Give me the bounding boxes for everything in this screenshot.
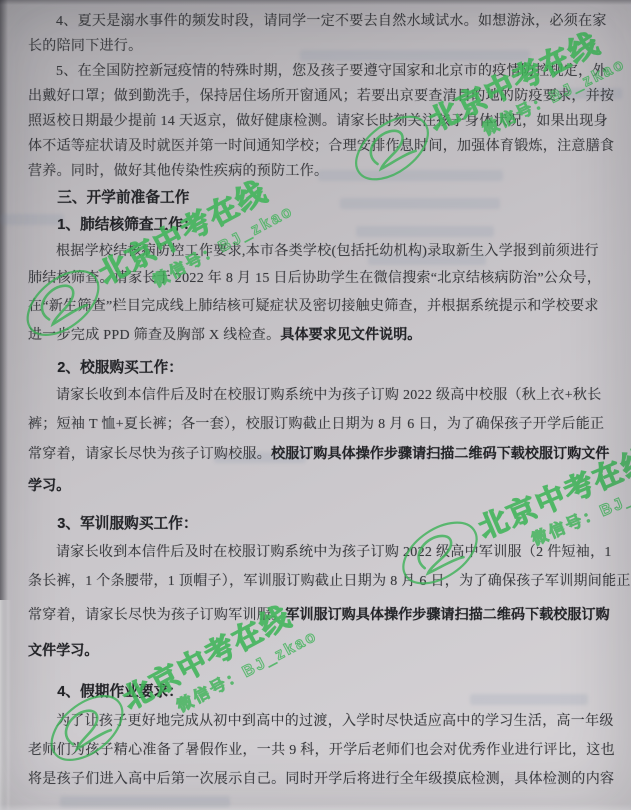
text-segment: 在“新生筛查”栏目完成线上肺结核可疑症状及密切接触史筛查，并根据系统提示和学校要… [28, 299, 599, 314]
text-segment: 老师们为孩子精心准备了暑假作业，一共 9 科，开学后老师们也会对优秀作业进行评比… [28, 743, 615, 758]
text-segment: 请家长收到本信件后及时在校服订购系统中为孩子订购 2022 级高中军训服（2 件… [56, 545, 612, 560]
paper-edge-shadow-top [0, 0, 631, 5]
text-line: 进一步完成 PPD 筛查及胸部 X 线检查。具体要求见文件说明。 [28, 324, 614, 346]
text-line: 照返校日期最少提前 14 天返京，做好健康检测。请家长时刻关注孩子身体状况，如果… [28, 110, 614, 132]
bold-text-segment: 1、肺结核筛查工作： [57, 217, 197, 233]
bold-text-segment: 校服订购具体操作步骤请扫描二维码下载校服订购文件 [271, 445, 609, 461]
text-segment: 出戴好口罩；做到勤洗手，保持居住场所开窗通风；若要出京要查清目的地的防疫要求，并… [28, 89, 614, 104]
bold-text-segment: 具体要求见文件说明。 [280, 326, 421, 342]
text-line: 长的陪同下进行。 [28, 35, 614, 57]
text-line: 常穿着，请家长尽快为孩子订购军训服。军训服订购具体操作步骤请扫描二维码下载校服订… [28, 604, 614, 626]
text-line: 文件学习。 [28, 640, 614, 662]
bold-text-segment: 4、假期作业要求： [57, 684, 183, 700]
text-line: 请家长收到本信件后及时在校服订购系统中为孩子订购 2022 级高中军训服（2 件… [28, 541, 614, 563]
text-segment: 长的陪同下进行。 [28, 39, 142, 54]
text-line: 老师们为孩子精心准备了暑假作业，一共 9 科，开学后老师们也会对优秀作业进行评比… [28, 739, 614, 761]
scanned-notice-photo: 4、夏天是溺水事件的频发时段，请同学一定不要去自然水域试水。如想游泳，必须在家长… [0, 0, 631, 810]
text-line: 在“新生筛查”栏目完成线上肺结核可疑症状及密切接触史筛查，并根据系统提示和学校要… [28, 295, 614, 317]
bold-text-segment: 学习。 [28, 477, 70, 493]
text-segment: 进一步完成 PPD 筛查及胸部 X 线检查。 [28, 328, 280, 343]
text-line: 5、在全国防控新冠疫情的特殊时期，您及孩子要遵守国家和北京市的疫情防控规定，外 [28, 60, 614, 82]
text-line: 请家长收到本信件后及时在校服订购系统中为孩子订购 2022 级高中校服（秋上衣+… [28, 384, 614, 406]
text-line: 体不适等症状请及时就医并第一时间通知学校；合理安排作息时间，加强体育锻炼，注意膳… [28, 135, 614, 157]
bold-text-segment: 文件学习。 [28, 642, 99, 658]
text-segment: 5、在全国防控新冠疫情的特殊时期，您及孩子要遵守国家和北京市的疫情防控规定，外 [56, 64, 607, 79]
heading-line: 4、假期作业要求： [28, 680, 614, 702]
text-segment: 照返校日期最少提前 14 天返京，做好健康检测。请家长时刻关注孩子身体状况，如果… [28, 114, 608, 129]
heading-line: 3、军训服购买工作： [28, 512, 614, 534]
text-line: 营养。同时，做好其他传染性疾病的预防工作。 [28, 160, 614, 182]
text-segment: 常穿着，请家长尽快为孩子订购校服。 [28, 447, 271, 462]
text-segment: 常穿着，请家长尽快为孩子订购军训服。 [28, 608, 285, 623]
text-line: 根据学校结核病防控工作要求,本市各类学校(包括托幼机构)录取新生入学报到前须进行 [28, 240, 614, 262]
heading-line: 1、肺结核筛查工作： [28, 213, 614, 235]
bold-text-segment: 军训服订购具体操作步骤请扫描二维码下载校服订购 [285, 606, 609, 622]
watermark-wechat-text: 微信号：BJ_zkao [172, 623, 321, 717]
text-line: 裤；短袖 T 恤+夏长裤；各一套），校服订购截止日期为 8 月 6 日，为了确保… [28, 413, 614, 435]
text-segment: 为了让孩子更好地完成从初中到高中的过渡，入学时尽快适应高中的学习生活，高一年级 [56, 714, 614, 729]
text-segment: 请家长收到本信件后及时在校服订购系统中为孩子订购 2022 级高中校服（秋上衣+… [56, 388, 602, 403]
text-line: 出戴好口罩；做到勤洗手，保持居住场所开窗通风；若要出京要查清目的地的防疫要求，并… [28, 85, 614, 107]
text-segment: 条长裤，1 个条腰带，1 顶帽子），军训服订购截止日期为 8 月 6 日，为了确… [28, 574, 631, 589]
text-line: 肺结核筛查。请家长于 2022 年 8 月 15 日后协助学生在微信搜索“北京结… [28, 267, 614, 289]
text-segment: 营养。同时，做好其他传染性疾病的预防工作。 [28, 164, 328, 179]
heading-line: 三、开学前准备工作 [28, 186, 614, 208]
text-line: 将是孩子们进入高中后第一次展示自己。同时开学后将进行全年级摸底检测，具体检测的内… [28, 768, 614, 790]
text-line: 条长裤，1 个条腰带，1 顶帽子），军训服订购截止日期为 8 月 6 日，为了确… [28, 570, 614, 592]
text-line: 为了让孩子更好地完成从初中到高中的过渡，入学时尽快适应高中的学习生活，高一年级 [28, 710, 614, 732]
text-line: 4、夏天是溺水事件的频发时段，请同学一定不要去自然水域试水。如想游泳，必须在家 [28, 10, 614, 32]
bold-text-segment: 3、军训服购买工作： [57, 516, 197, 532]
paper-edge-highlight-bottom [0, 804, 631, 810]
text-segment: 肺结核筛查。请家长于 2022 年 8 月 15 日后协助学生在微信搜索“北京结… [28, 271, 601, 286]
text-segment: 根据学校结核病防控工作要求,本市各类学校(包括托幼机构)录取新生入学报到前须进行 [56, 244, 599, 259]
heading-line: 2、校服购买工作： [28, 356, 614, 378]
text-segment: 体不适等症状请及时就医并第一时间通知学校；合理安排作息时间，加强体育锻炼，注意膳… [28, 139, 614, 154]
text-segment: 将是孩子们进入高中后第一次展示自己。同时开学后将进行全年级摸底检测，具体检测的内… [28, 772, 614, 787]
text-line: 学习。 [28, 475, 614, 497]
text-segment: 裤；短袖 T 恤+夏长裤；各一套），校服订购截止日期为 8 月 6 日，为了确保… [28, 417, 604, 432]
text-line: 常穿着，请家长尽快为孩子订购校服。校服订购具体操作步骤请扫描二维码下载校服订购文… [28, 443, 614, 465]
text-segment: 4、夏天是溺水事件的频发时段，请同学一定不要去自然水域试水。如想游泳，必须在家 [56, 14, 607, 29]
bold-text-segment: 2、校服购买工作： [57, 360, 183, 376]
bold-text-segment: 三、开学前准备工作 [57, 190, 189, 206]
paper-edge-highlight-left [0, 600, 11, 810]
